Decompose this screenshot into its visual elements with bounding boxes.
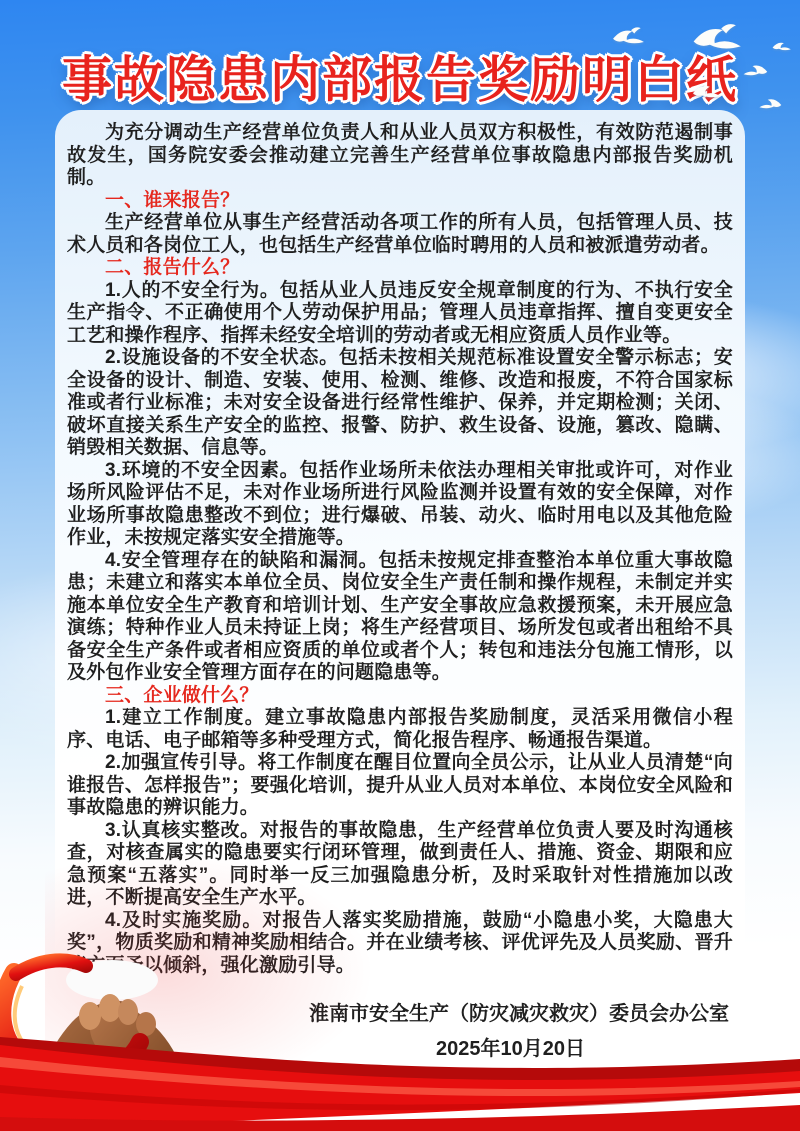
red-ribbon-wave-graphic — [0, 991, 800, 1131]
section-heading-what-companies-do: 三、企业做什么？ — [67, 685, 733, 708]
intro-paragraph: 为充分调动生产经营单位负责人和从业人员双方积极性，有效防范遏制事故发生，国务院安… — [67, 122, 733, 190]
section-paragraph: 3.环境的不安全因素。包括作业场所未依法办理相关审批或许可，对作业场所风险评估不… — [67, 460, 733, 550]
section-paragraph: 1.建立工作制度。建立事故隐患内部报告奖励制度，灵活采用微信小程序、电话、电子邮… — [67, 707, 733, 752]
section-paragraph: 1.人的不安全行为。包括从业人员违反安全规章制度的行为、不执行安全生产指令、不正… — [67, 280, 733, 348]
page-title: 事故隐患内部报告奖励明白纸 — [0, 40, 800, 112]
section-paragraph: 生产经营单位从事生产经营活动各项工作的所有人员，包括管理人员、技术人员和各岗位工… — [67, 212, 733, 257]
section-heading-who-reports: 一、谁来报告？ — [67, 190, 733, 213]
section-heading-what-to-report: 二、报告什么？ — [67, 257, 733, 280]
section-paragraph: 3.认真核实整改。对报告的事故隐患，生产经营单位负责人要及时沟通核查，对核查属实… — [67, 820, 733, 910]
section-paragraph: 2.加强宣传引导。将工作制度在醒目位置向全员公示，让从业人员清楚“向谁报告、怎样… — [67, 752, 733, 820]
section-paragraph: 4.安全管理存在的缺陷和漏洞。包括未按规定排查整治本单位重大事故隐患；未建立和落… — [67, 550, 733, 685]
section-paragraph: 2.设施设备的不安全状态。包括未按相关规范标准设置安全警示标志；安全设备的设计、… — [67, 347, 733, 460]
content-card: 为充分调动生产经营单位负责人和从业人员双方积极性，有效防范遏制事故发生，国务院安… — [55, 110, 745, 1031]
